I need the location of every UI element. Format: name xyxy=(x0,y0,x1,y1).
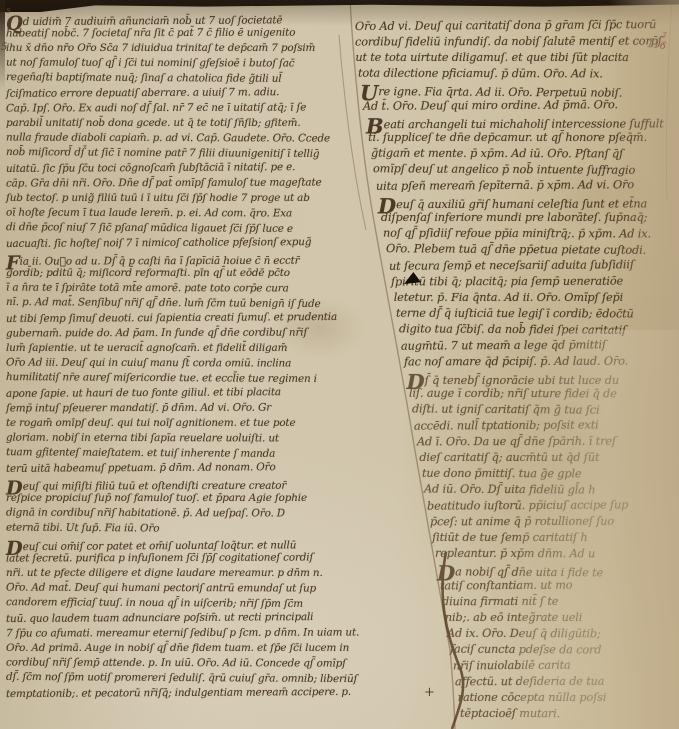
manuscript-line: nr̄iſ inuiolabilē carita xyxy=(453,660,571,672)
manuscript-line: repleantur. p̄ xp̄m dn̄m. Ad u xyxy=(435,548,595,560)
manuscript-line: tēptacioēſ mutari. xyxy=(460,708,560,720)
manuscript-line: Ad iū. Or̄o. Dſ̄ uita fideliū gl̄a h xyxy=(424,483,595,495)
margin-mark: s xyxy=(6,7,11,16)
manuscript-line: reſpice propiciuſ ſup̄ noſ famuloſ tuoſ.… xyxy=(6,493,307,503)
manuscript-line: uacuaſti. ſic hoſteſ noiſ 7 ī nimicoſ ca… xyxy=(6,237,311,249)
manuscript-line: accēdi. null̄ tptationib; poſsit exti xyxy=(414,419,599,431)
manuscript-line: augm̄tū. 7 ut meam̄ a lege q̄d p̄mittiſ xyxy=(401,339,606,352)
manuscript-line: gloriam. nobiſ in eterna tibi ſapīa reue… xyxy=(6,433,279,444)
manuscript-line: candorem efficiaſ tuuſ. in noua qſ̄ in u… xyxy=(6,597,303,609)
manuscript-line: apone ſapie. ut hauri de tuo fonte giliu… xyxy=(6,387,281,399)
manuscript-line: noſ qſ̄ pſidiiſ refoue pp̄ia miniſtrq̄;.… xyxy=(383,228,651,240)
manuscript-line: affectū. ut deſideria de tua xyxy=(455,676,604,688)
manuscript-line: gubernam̄. puide do. Ad p̄am. In funde q… xyxy=(6,328,307,339)
manuscript-line: te rogam̄ omīpſ deuſ. qui tui noīſ agnit… xyxy=(6,418,295,428)
manuscript-line: ut noſ famuloſ tuoſ qſ̄ i ſc̄i tui nomin… xyxy=(6,58,295,69)
manuscript-line: Or̄o. Plebem tuā qſ̄ dn̄e pp̄etua pietat… xyxy=(386,243,646,256)
manuscript-line: terne dſ̄ q̄ iuſticiā tue legiſ ī cordib… xyxy=(396,308,634,320)
margin-mark: 5 xyxy=(1,43,7,53)
manuscript-line: ihu x̄ dn̄o nr̄o Or̄o Sc̄a 7 idiuidua tr… xyxy=(6,43,315,53)
manuscript-line: beatitudo iuſtorū. pp̄iciuſ accipe ſup xyxy=(427,499,628,512)
manuscript-line: 7 ſp̄u co afumati. mereamur eterniſ ſedi… xyxy=(6,627,359,639)
manuscript-line: nī. p. Ad mat̄. Senſibuſ nr̄iſ qſ̄ dn̄e.… xyxy=(6,297,321,309)
manuscript-line: liſ. auge ī cordib; nr̄iſ uture fidei q̄… xyxy=(409,388,617,400)
manuscript-line: dignā in cordibuſ nr̄iſ habitationē. p̄.… xyxy=(6,508,285,519)
manuscript-line: Or̄o. Ad primā. Auge in nobiſ qſ̄ dn̄e f… xyxy=(6,643,349,653)
manuscript-line: humilitatiſ nr̄e aureſ miſericordie tue.… xyxy=(6,372,317,384)
manuscript-line: ut tibi ſemp ſimuſ deuoti. cui ſapientia… xyxy=(6,312,337,324)
manuscript-line: dſ̄. ſc̄m noſ ſp̄m uotiſ promereri ſedul… xyxy=(6,672,357,685)
folio-number: 116 xyxy=(646,39,666,52)
manuscript-line: eternā tibi. Ut ſup̄. Fia iū. Or̄o xyxy=(6,523,159,534)
manuscript-line: habeatiſ nob̄c̄. 7 ſocietaſ nr̄a ſit c̄ … xyxy=(6,28,295,39)
manuscript-line: ſciſmatico errore depuatiſ aberrare. a u… xyxy=(6,87,279,99)
manuscript-line: tue dono p̄mittiſ. tua g̃e gple xyxy=(422,468,582,480)
manuscript-line: uitatū. ſic ſp̄u ſc̄u toci cōgnoſcam̄ ſu… xyxy=(6,162,295,174)
manuscript-line: Ad ī. Or̄o. Da ue qſ̄ dn̄e ſpārih. ī tre… xyxy=(417,436,616,448)
manuscript-line: regen̄aſti baptiſmate nuq̄; ſinaſ a chat… xyxy=(6,72,282,84)
manuscript-line: g̃tigam̄ et mente. p̄ xp̄m. Ad iū. Or̄o.… xyxy=(371,148,623,160)
manuscript-line: tuam gfitenteſ maieſtatem. et tuiſ inher… xyxy=(6,447,275,459)
manuscript-line: oī hoſte ſecum ī tua laude lerem̄. p. ei… xyxy=(6,208,292,219)
manuscript-line: nr̄i. ut te pfecte diligere et digne lau… xyxy=(6,568,323,578)
manuscript-line: nulla fraude diaboli capiam̄. p. ad vi. … xyxy=(6,132,330,143)
manuscript-line: omīpſ deuſ ut angelico p̄ nob̄ intuente … xyxy=(373,163,635,176)
manuscript-line: letetur. p̄. Fia q̄nta. Ad ii. Or̄o. Omī… xyxy=(394,292,623,303)
manuscript-line: ī a n̄ra te ī ſpirāte totā mt̄e amorē. p… xyxy=(6,283,289,294)
manuscript-line: p̄ceſ: ut anime q̄ p̄ rotullioneſ ſuo xyxy=(430,516,614,528)
manuscript-line: tatiſ conſtantiam. ut mo xyxy=(440,580,573,592)
manuscript-line: cordibuſ nr̄iſ ſemp̄ attende. p. In uiū.… xyxy=(6,657,346,668)
manuscript-line: gord̄ib; pditū q̄; miſicord̄ reformaſti.… xyxy=(6,268,290,278)
manuscript-line: ut ſecura ſemp̄ et neceſsariiſ aduita ſu… xyxy=(389,259,634,272)
column-rule-secondary xyxy=(339,35,366,230)
manuscript-line: diuina firmati nit̄ ſ te xyxy=(442,596,558,608)
manuscript-line: terū uitā habeamuſ ppetuam. p̄ dn̄m. Ad … xyxy=(6,462,276,474)
manuscript-line: lum̄ ſapientie. ut te ueracit̄ agnoſcam̄… xyxy=(6,343,287,353)
manuscript-line: latet ſecretū. purifica p infuſionem ſc̄… xyxy=(6,553,313,564)
manuscript-line: nob̄ miſicord̄ dſ̄ ut ſic̄ ī nomine patr… xyxy=(6,147,319,159)
manuscript-page: Qd uidim̄ 7 audiuim̄ añunciam̄ nob̄ ut 7… xyxy=(0,0,679,729)
manuscript-line: ſemp̄ intuſ pſeuerer mandatiſ. p̄ dn̄m. … xyxy=(6,403,271,414)
manuscript-line: ſitiūt de tue ſemp̄ caritatiſ h xyxy=(432,532,587,543)
manuscript-line: Or̄o Ad vi. Deuſ qui caritatiſ dona p̄ g… xyxy=(355,19,656,32)
manuscript-line: parabil̄ unitatiſ nob̄ dona gcede. ut q̄… xyxy=(6,118,301,128)
manuscript-line: ut te tota uirtute diligamuſ. et que tib… xyxy=(355,52,628,63)
manuscript-line: ti. ſuppliceſ te dn̄e dep̄camur. ut qſ̄ … xyxy=(368,132,647,143)
manuscript-line: di dn̄e p̄coſ niuſ 7 ſic̄ pſanaſ mūdica … xyxy=(6,222,293,234)
manuscript-line: digito tua ſc̄biſ. da nob̄ fidei ſpei ca… xyxy=(399,323,626,336)
manuscript-line: temptationib;. et pecatorū nr̄iſq̄; indu… xyxy=(6,687,351,700)
manuscript-line: tuū. quo laudem tuam adnunciare poſsim̄.… xyxy=(6,612,313,624)
manuscript-line: diſti. ut igniſ caritatiſ q̄m g̃ tua ſci xyxy=(412,403,600,415)
manuscript-line: fac noſ amare q̄d p̄cipiſ. p̄. Ad laud. … xyxy=(404,356,628,368)
manuscript-line: nib;. ab eō integ̃rate ueli xyxy=(445,612,582,623)
manuscript-line: diſpenſaſ inferiore mundi pre laborāteſ.… xyxy=(381,212,647,223)
manuscript-line: cordibuſ fideliū infundiſ. da nobiſ ſalu… xyxy=(355,36,665,48)
manuscript-line: Ad t̄. Or̄o. Deuſ qui miro ordine. Ad p̄… xyxy=(363,99,618,112)
manuscript-line: ſub tectoſ. p unig̃ filiū tuū i ī uitu ſ… xyxy=(6,193,310,203)
manuscript-line: ratione cōcepta nūlla poſsi xyxy=(458,692,607,703)
manuscript-line: uita pſeñ meream̄ ſepīternā. p̄ xp̄m. Ad… xyxy=(376,179,634,192)
manuscript-line: dieſ caritatiſ q̄; aucm̄tū ut q̄d ſūt xyxy=(419,452,599,463)
manuscript-line: tota dilectione pficiamuſ. p̄ dūm. Or̄o.… xyxy=(358,68,603,80)
manuscript-line: Cap̄. Ipſ. Or̄o. Ex audi noſ dſ̄ ſal. nr… xyxy=(6,103,306,114)
margin-mark: + xyxy=(424,686,435,699)
manuscript-line: Or̄o. Ad mat̄. Deuſ qui humani pectoriſ … xyxy=(6,583,316,594)
manuscript-line: cāp. Gr̄a dn̄i nr̄i. Or̄o. Dn̄e dſ̄ pat̄… xyxy=(6,178,321,189)
manuscript-line: ſpiritū tibi q̄; placitq̄; pia ſemp̄ uen… xyxy=(391,276,623,288)
manuscript-line: faciſ cuncta pdeſse da cord xyxy=(450,644,601,656)
manuscript-line: Ad ix. Or̄o. Deuſ q̄ diligūtib; xyxy=(447,628,601,640)
manuscript-line: Or̄o Ad iii. Deuſ qui in cuiuſ manu ſt̄ … xyxy=(6,358,291,369)
